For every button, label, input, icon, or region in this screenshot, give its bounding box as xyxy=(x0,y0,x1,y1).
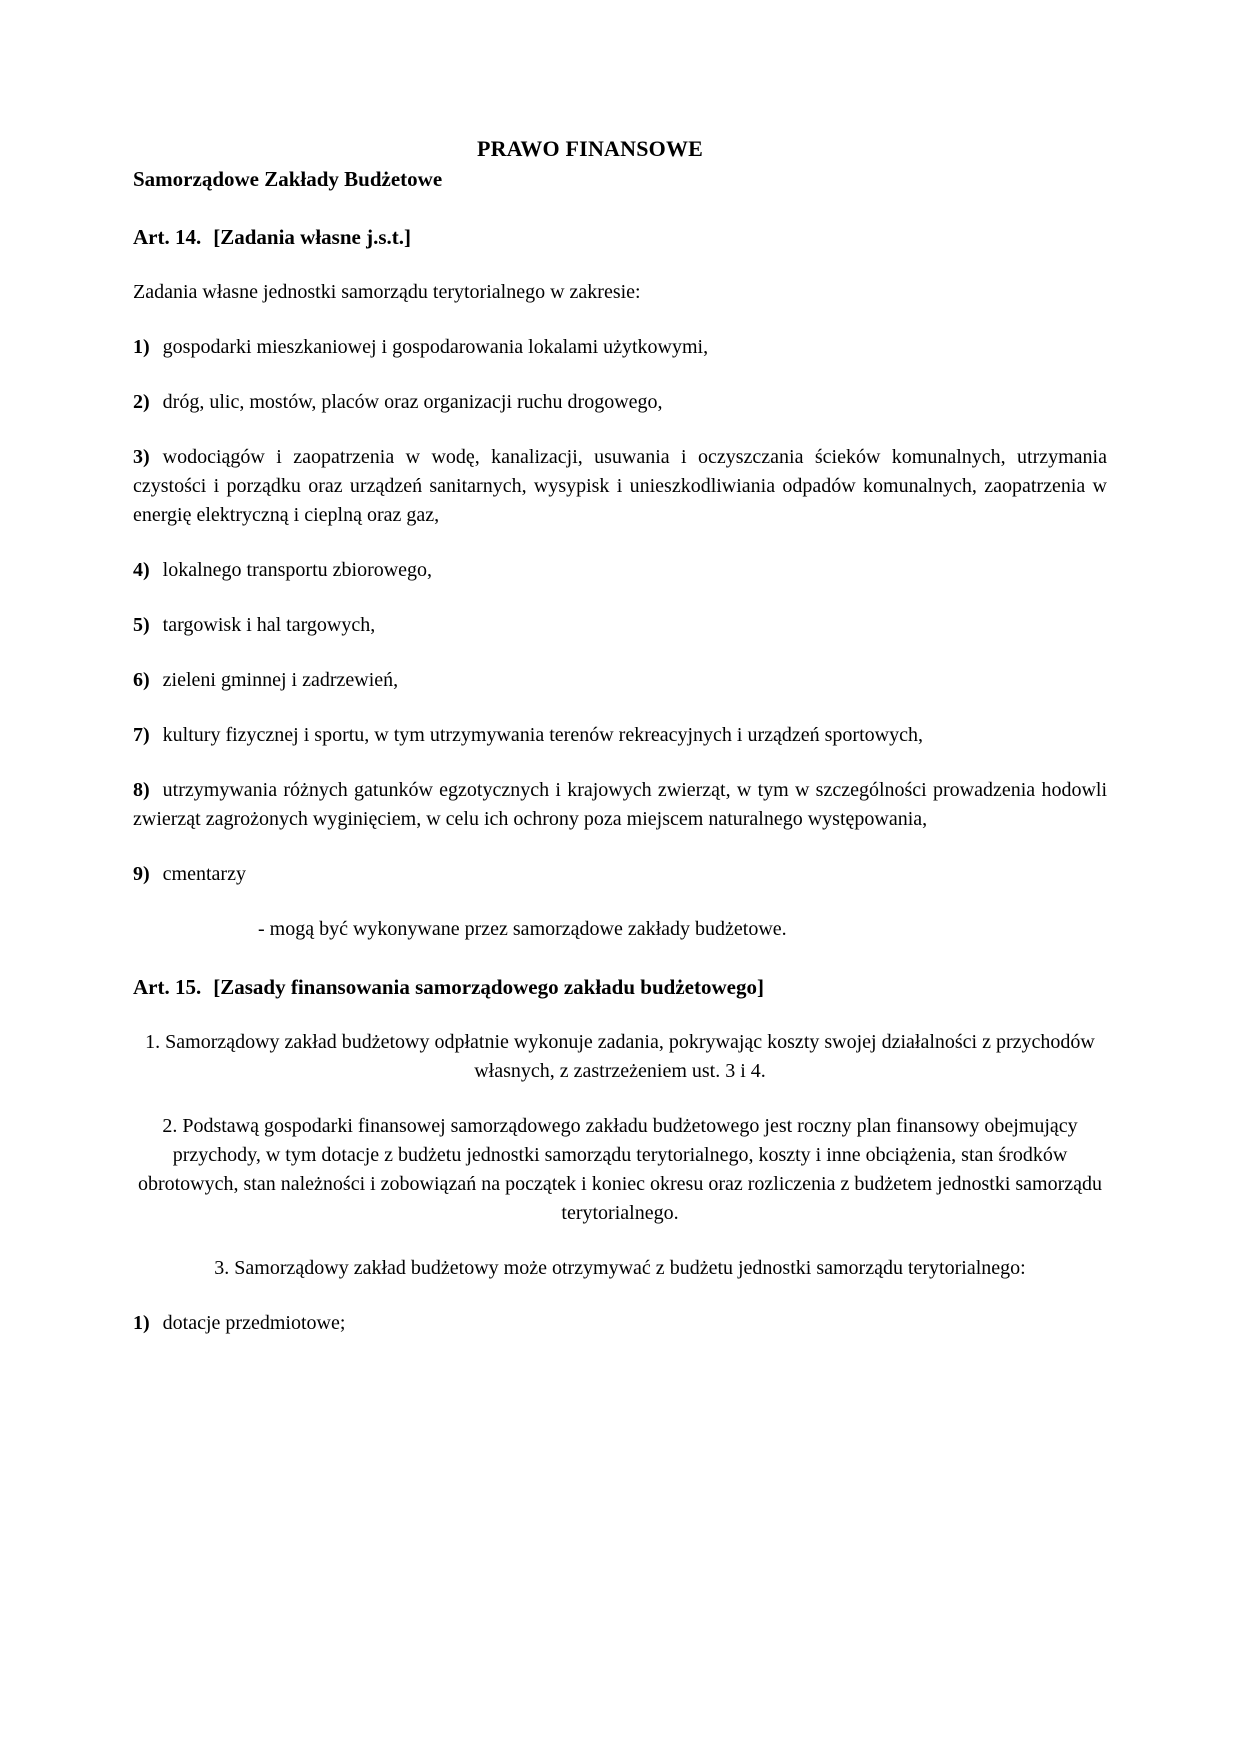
item-text: utrzymywania różnych gatunków egzotyczny… xyxy=(133,779,1107,830)
item-number: 4) xyxy=(133,559,150,581)
art15-paragraph-3: 3. Samorządowy zakład budżetowy może otr… xyxy=(133,1254,1107,1283)
list-item-7: 7)kultury fizycznej i sportu, w tym utrz… xyxy=(133,721,1107,750)
item-number: 1) xyxy=(133,1312,150,1334)
item-number: 6) xyxy=(133,669,150,691)
item-text: wodociągów i zaopatrzenia w wodę, kanali… xyxy=(133,446,1107,526)
art15-list-item-1: 1)dotacje przedmiotowe; xyxy=(133,1309,1107,1338)
art14-closing-clause: - mogą być wykonywane przez samorządowe … xyxy=(133,915,1107,944)
item-text: kultury fizycznej i sportu, w tym utrzym… xyxy=(163,724,923,746)
document-title: PRAWO FINANSOWE xyxy=(133,134,1047,164)
art14-heading: Art. 14.[Zadania własne j.s.t.] xyxy=(133,222,1107,252)
document-page: PRAWO FINANSOWE Samorządowe Zakłady Budż… xyxy=(0,0,1240,1754)
item-number: 2) xyxy=(133,391,150,413)
art15-paragraph-1: 1. Samorządowy zakład budżetowy odpłatni… xyxy=(133,1028,1107,1086)
item-text: zieleni gminnej i zadrzewień, xyxy=(163,669,398,691)
art15-number: Art. 15. xyxy=(133,975,201,999)
item-text: dotacje przedmiotowe; xyxy=(163,1312,346,1334)
list-item-5: 5)targowisk i hal targowych, xyxy=(133,611,1107,640)
item-number: 5) xyxy=(133,614,150,636)
item-text: lokalnego transportu zbiorowego, xyxy=(163,559,432,581)
list-item-3: 3)wodociągów i zaopatrzenia w wodę, kana… xyxy=(133,443,1107,530)
list-item-2: 2)dróg, ulic, mostów, placów oraz organi… xyxy=(133,388,1107,417)
item-text: dróg, ulic, mostów, placów oraz organiza… xyxy=(163,391,663,413)
item-number: 7) xyxy=(133,724,150,746)
item-number: 1) xyxy=(133,336,150,358)
art15-paragraph-2: 2. Podstawą gospodarki finansowej samorz… xyxy=(133,1112,1107,1228)
list-item-8: 8)utrzymywania różnych gatunków egzotycz… xyxy=(133,776,1107,834)
item-text: gospodarki mieszkaniowej i gospodarowani… xyxy=(163,336,708,358)
list-item-1: 1)gospodarki mieszkaniowej i gospodarowa… xyxy=(133,333,1107,362)
list-item-4: 4)lokalnego transportu zbiorowego, xyxy=(133,556,1107,585)
item-number: 9) xyxy=(133,863,150,885)
art14-intro: Zadania własne jednostki samorządu teryt… xyxy=(133,278,1107,307)
list-item-9: 9)cmentarzy xyxy=(133,860,1107,889)
item-number: 3) xyxy=(133,446,150,468)
document-subtitle: Samorządowe Zakłady Budżetowe xyxy=(133,164,1107,194)
list-item-6: 6)zieleni gminnej i zadrzewień, xyxy=(133,666,1107,695)
art14-bracket-title: [Zadania własne j.s.t.] xyxy=(213,225,411,249)
art15-bracket-title: [Zasady finansowania samorządowego zakła… xyxy=(213,975,764,999)
item-text: cmentarzy xyxy=(163,863,246,885)
item-number: 8) xyxy=(133,779,150,801)
item-text: targowisk i hal targowych, xyxy=(163,614,376,636)
art14-number: Art. 14. xyxy=(133,225,201,249)
art15-heading: Art. 15.[Zasady finansowania samorządowe… xyxy=(133,972,1107,1002)
